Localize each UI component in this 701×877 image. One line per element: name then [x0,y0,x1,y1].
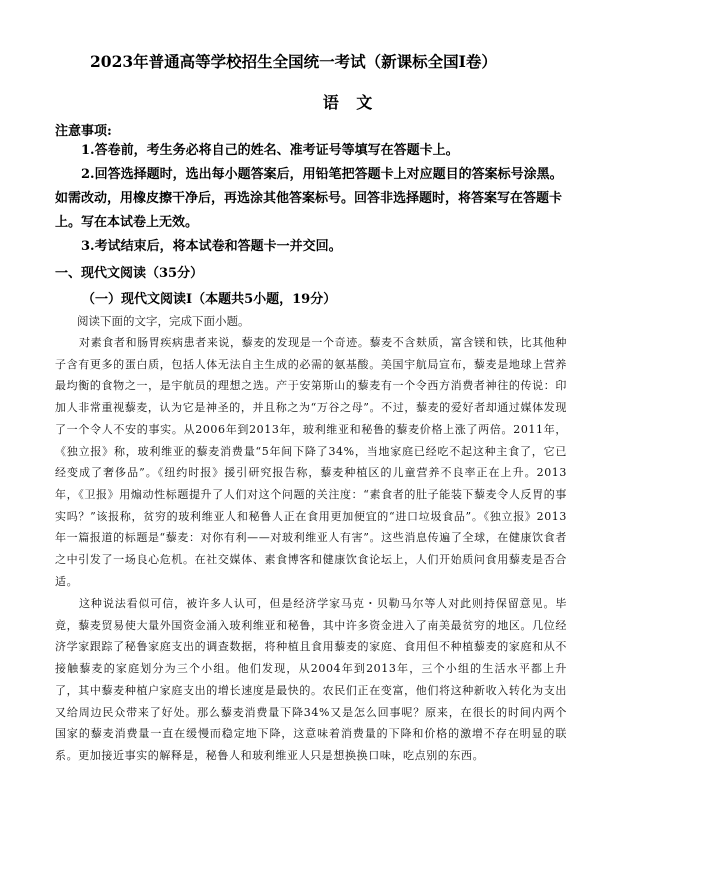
exam-page: 2023年普通高等学校招生全国统一考试（新课标全国Ⅰ卷） 语 文 注意事项: 1… [0,0,701,877]
passage-paragraph: 对素食者和肠胃疾病患者来说，藜麦的发现是一个奇迹。藜麦不含麸质，富含镁和铁，比其… [55,332,567,592]
passage-paragraph: 这种说法看似可信，被许多人认可，但是经济学家马克・贝勒马尔等人对此则持保留意见。… [55,593,567,767]
subsection-heading: （一）现代文阅读Ⅰ（本题共5小题，19分） [82,288,336,307]
reading-instruction: 阅读下面的文字，完成下面小题。 [77,313,250,329]
subject-title: 语 文 [0,90,701,113]
notice-item: 1.答卷前，考生务必将自己的姓名、准考证号等填写在答题卡上。 [55,139,570,163]
notice-item: 2.回答选择题时，选出每小题答案后，用铅笔把答题卡上对应题目的答案标号涂黑。如需… [55,163,570,235]
notice-item: 3.考试结束后，将本试卷和答题卡一并交回。 [55,235,570,259]
exam-title: 2023年普通高等学校招生全国统一考试（新课标全国Ⅰ卷） [90,50,610,72]
notice-heading: 注意事项: [55,120,112,139]
section-heading: 一、现代文阅读（35分） [55,262,203,281]
